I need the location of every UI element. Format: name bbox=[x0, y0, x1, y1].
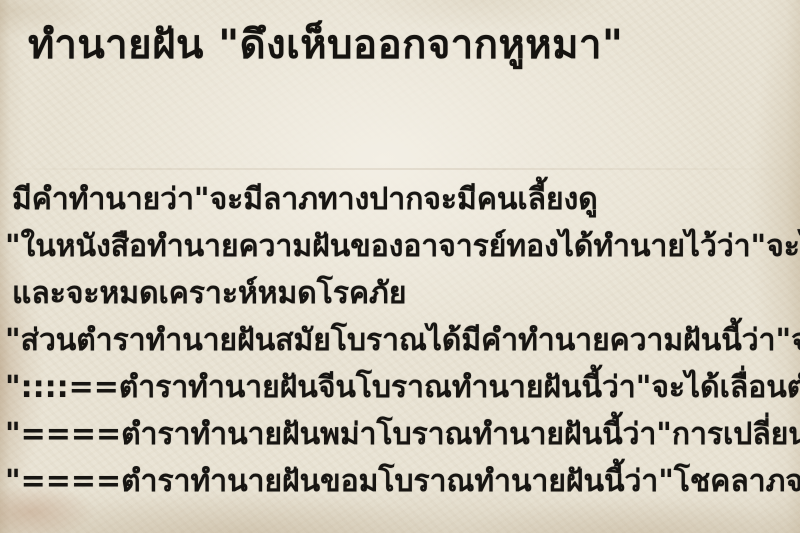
body-line-3: และจะหมดเคราะห์หมดโรคภัย bbox=[5, 270, 800, 317]
body-line-7: "====ตำราทำนายฝันขอมโบราณทำนายฝันนี้ว่า"… bbox=[5, 458, 800, 505]
body-line-2: "ในหนังสือทำนายความฝันของอาจารย์ทองได้ทำ… bbox=[5, 223, 800, 270]
body-text: มีคำทำนายว่า"จะมีลาภทางปากจะมีคนเลี้ยงดู… bbox=[5, 176, 800, 505]
page-title: ทำนายฝัน "ดึงเห็บออกจากหูหมา" bbox=[28, 14, 800, 76]
body-line-1: มีคำทำนายว่า"จะมีลาภทางปากจะมีคนเลี้ยงดู bbox=[5, 176, 800, 223]
dream-interpretation-page: ทำนายฝัน "ดึงเห็บออกจากหูหมา" มีคำทำนายว… bbox=[0, 0, 800, 533]
body-line-5: "::::==ตำราทำนายฝันจีนโบราณทำนายฝันนี้ว่… bbox=[5, 364, 800, 411]
paper-crease bbox=[0, 168, 800, 170]
body-line-4: "ส่วนตำราทำนายฝันสมัยโบราณได้มีคำทำนายคว… bbox=[5, 317, 800, 364]
body-line-6: "====ตำราทำนายฝันพม่าโบราณทำนายฝันนี้ว่า… bbox=[5, 411, 800, 458]
